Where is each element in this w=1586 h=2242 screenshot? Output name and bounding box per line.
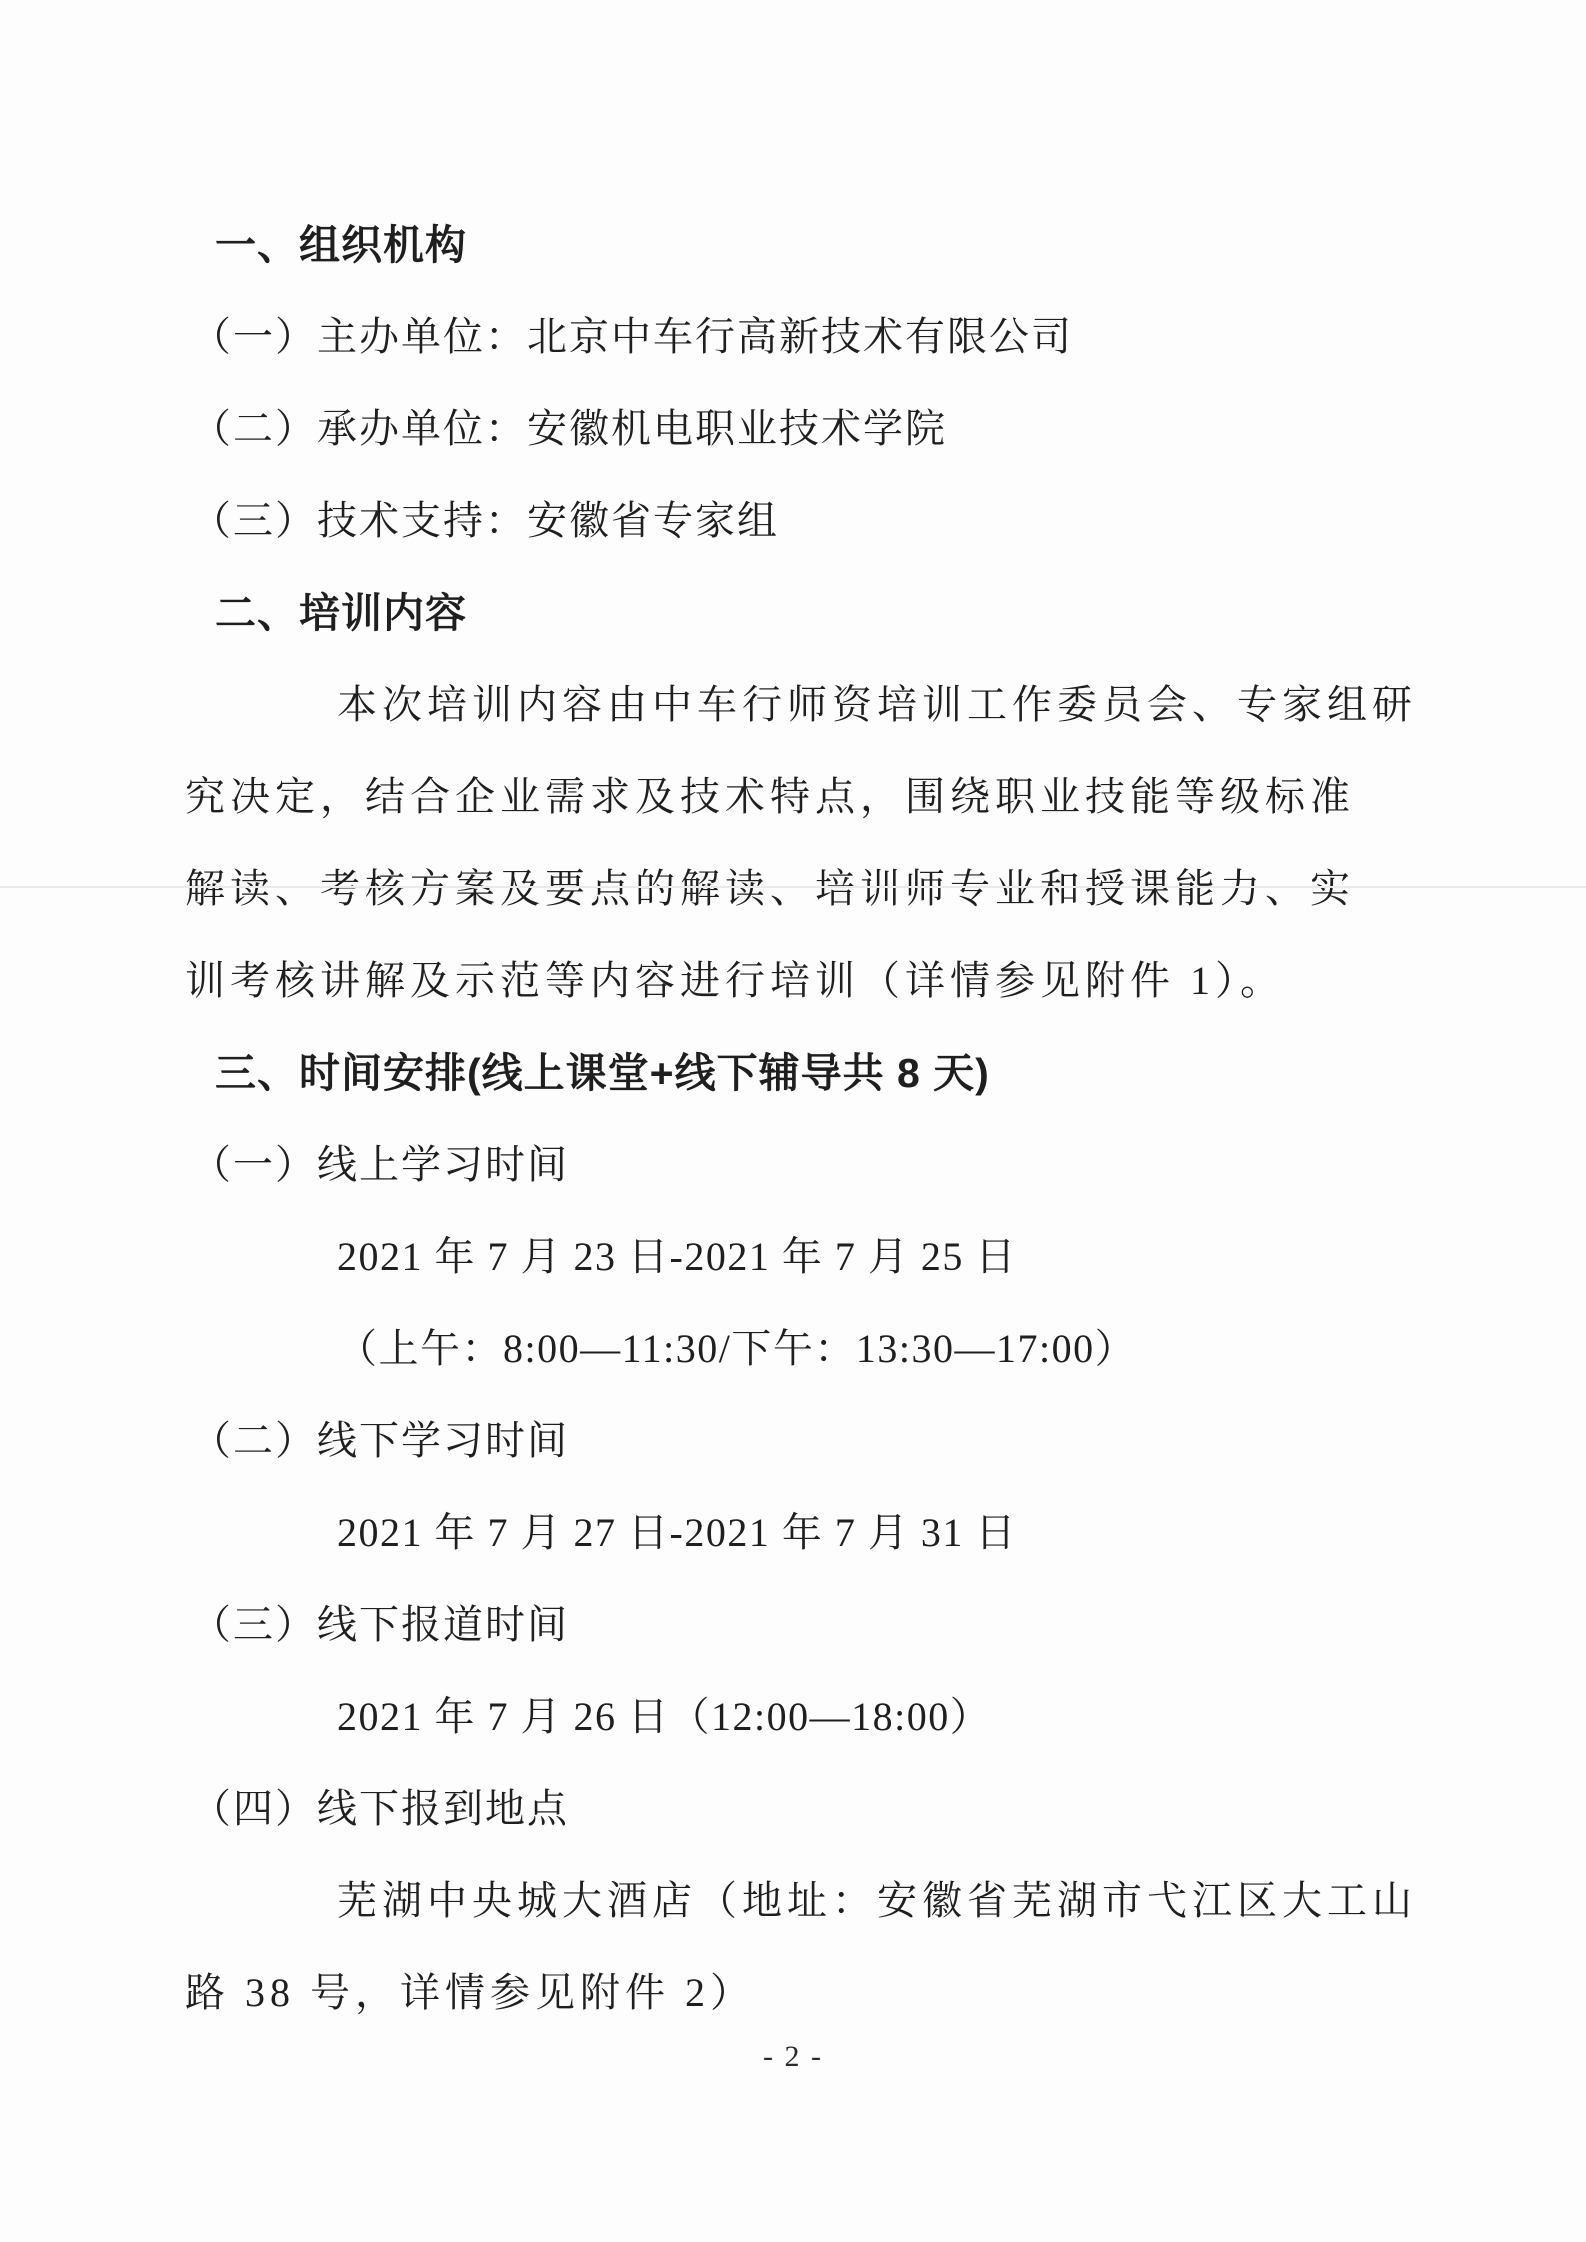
date-checkin: 2021 年 7 月 26 日（12:00—18:00）: [185, 1667, 1415, 1759]
paragraph-line-hotel-address: 芜湖中央城大酒店（地址：安徽省芜湖市弋江区大工山: [185, 1851, 1415, 1943]
date-range-online: 2021 年 7 月 23 日-2021 年 7 月 25 日: [185, 1207, 1415, 1299]
document-page: 一、组织机构 （一）主办单位：北京中车行高新技术有限公司 （二）承办单位：安徽机…: [0, 0, 1586, 2242]
list-item-offline-study-time: （二）线下学习时间: [185, 1391, 1415, 1483]
list-item-offline-checkin-time: （三）线下报道时间: [185, 1575, 1415, 1667]
paragraph-line: 本次培训内容由中车行师资培训工作委员会、专家组研: [185, 655, 1415, 747]
scan-artifact-line: [0, 886, 1586, 888]
paragraph-line: 究决定，结合企业需求及技术特点，围绕职业技能等级标准: [185, 747, 1415, 839]
list-item-offline-checkin-location: （四）线下报到地点: [185, 1759, 1415, 1851]
section-heading-schedule: 三、时间安排(线上课堂+线下辅导共 8 天): [185, 1023, 1415, 1115]
section-heading-organization: 一、组织机构: [185, 195, 1415, 287]
list-item-online-study-time: （一）线上学习时间: [185, 1115, 1415, 1207]
content-block: 一、组织机构 （一）主办单位：北京中车行高新技术有限公司 （二）承办单位：安徽机…: [185, 195, 1415, 2035]
paragraph-line-hotel-address: 路 38 号，详情参见附件 2）: [185, 1943, 1415, 2035]
list-item-host-unit: （一）主办单位：北京中车行高新技术有限公司: [185, 287, 1415, 379]
daily-time-range: （上午：8:00—11:30/下午：13:30—17:00）: [185, 1299, 1415, 1391]
paragraph-line: 训考核讲解及示范等内容进行培训（详情参见附件 1）。: [185, 931, 1415, 1023]
list-item-technical-support: （三）技术支持：安徽省专家组: [185, 471, 1415, 563]
page-number: - 2 -: [0, 2040, 1586, 2074]
date-range-offline: 2021 年 7 月 27 日-2021 年 7 月 31 日: [185, 1483, 1415, 1575]
section-heading-training-content: 二、培训内容: [185, 563, 1415, 655]
list-item-organizer-unit: （二）承办单位：安徽机电职业技术学院: [185, 379, 1415, 471]
paragraph-line: 解读、考核方案及要点的解读、培训师专业和授课能力、实: [185, 839, 1415, 931]
